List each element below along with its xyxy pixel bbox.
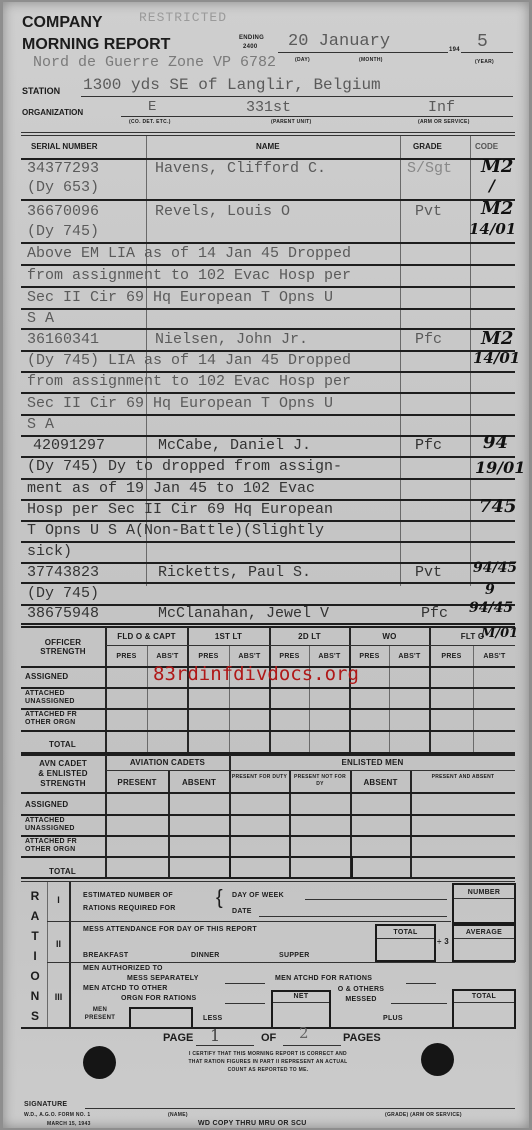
restricted-stamp: RESTRICTED	[139, 10, 227, 25]
col-present-for-duty: PRESENT FOR DUTY	[230, 774, 289, 781]
subcol-pres: PRES	[106, 653, 147, 660]
code-value: 19/01	[475, 458, 525, 477]
group-aviation-cadets: AVIATION CADETS	[106, 758, 229, 767]
mess-separately-field[interactable]	[225, 983, 265, 984]
organization-label: ORGANIZATION	[22, 108, 83, 117]
col-present-not-for-duty: PRESENT NOT FOR DY	[290, 774, 350, 788]
day-caption: (DAY)	[295, 57, 310, 63]
serial-value: 34377293	[27, 160, 99, 177]
date-field[interactable]	[259, 916, 447, 917]
col-absent: ABSENT	[169, 778, 229, 787]
section-ii-numeral: II	[48, 939, 69, 949]
remark-line: Hosp per Sec II Cir 69 Hq European	[27, 501, 333, 518]
net-label: NET	[273, 993, 329, 1000]
punch-hole-left	[83, 1046, 116, 1079]
row-attached-unassigned: ATTACHED UNASSIGNED	[25, 817, 101, 833]
subcol-abst: ABS'T	[390, 653, 429, 660]
row-total: TOTAL	[49, 740, 76, 749]
org-company-value[interactable]: E	[148, 99, 156, 115]
grade-value: Pfc	[415, 331, 442, 348]
code-value: 94	[483, 432, 508, 453]
org-arm-caption: (ARM OR SERVICE)	[418, 119, 470, 125]
men-atchd-other-label-1: MEN ATCHD TO OTHER	[83, 985, 168, 992]
col-header-code: CODE	[475, 142, 498, 151]
signature-line[interactable]	[85, 1108, 515, 1109]
subcol-abst: ABS'T	[148, 653, 187, 660]
serial-value: 38675948	[27, 605, 99, 622]
rations-total-label: TOTAL	[454, 993, 514, 1000]
report-date-value[interactable]: 20 January	[288, 32, 390, 51]
remark-line: S A	[27, 310, 54, 327]
row-total: TOTAL	[49, 867, 76, 876]
station-label: STATION	[22, 86, 60, 96]
divide-by-three: ÷ 3	[435, 937, 451, 946]
subcol-pres: PRES	[350, 653, 389, 660]
row-attached-other-orgn: ATTACHED FR OTHER ORGN	[25, 838, 101, 854]
grade-code-divider	[470, 136, 471, 586]
code-value: 14/01	[473, 349, 520, 367]
page-label: PAGE	[163, 1032, 193, 1044]
atchd-other-field[interactable]	[225, 1003, 265, 1004]
grade-value: Pvt	[415, 203, 442, 220]
org-parent-value[interactable]: 331st	[246, 99, 291, 116]
report-year-value[interactable]: 5	[477, 32, 488, 52]
year-prefix: 194	[449, 47, 460, 53]
code-value: 94/45	[469, 600, 513, 616]
row-assigned: ASSIGNED	[25, 800, 68, 809]
remark-line: sick)	[27, 543, 72, 560]
remark-line: (Dy 745) LIA as of 14 Jan 45 Dropped	[27, 352, 351, 369]
number-box-label: NUMBER	[454, 889, 514, 896]
remark-line: Sec II Cir 69 Hq European T Opns U	[27, 395, 333, 412]
col-header-grade: GRADE	[413, 142, 442, 151]
page-number[interactable]: 1	[210, 1026, 220, 1045]
ending-time-label: 2400	[243, 44, 258, 50]
men-atchd-other-label-2: ORGN FOR RATIONS	[121, 995, 196, 1002]
dinner-label: DINNER	[191, 952, 220, 959]
men-present-box[interactable]	[129, 1007, 193, 1029]
others-messed-field[interactable]	[391, 1003, 447, 1004]
total-pages[interactable]: 2	[299, 1024, 309, 1042]
form-title-line2: MORNING REPORT	[22, 36, 170, 54]
row-attached-other-orgn: ATTACHED FR OTHER ORGN	[25, 711, 101, 727]
remark-line: Sec II Cir 69 Hq European T Opns U	[27, 289, 333, 306]
grade-value: Pfc	[421, 605, 448, 622]
officers-others-label: O & OTHERS MESSED	[331, 985, 391, 1005]
ending-label: ENDING	[239, 35, 264, 41]
men-authorized-label-2: MESS SEPARATELY	[127, 975, 199, 982]
code-value: 94/45	[473, 560, 517, 576]
morning-report-card: COMPANY MORNING REPORT RESTRICTED ENDING…	[3, 2, 529, 1128]
grade-caption: (GRADE) (ARM OR SERVICE)	[385, 1112, 462, 1118]
serial-duty-value: (Dy 745)	[27, 223, 99, 240]
total-present-box[interactable]	[229, 856, 353, 879]
estimated-label-1: ESTIMATED NUMBER OF	[83, 892, 173, 899]
name-value: McCabe, Daniel J.	[158, 437, 311, 454]
day-of-week-field[interactable]	[305, 899, 447, 900]
remark-line: (Dy 745) Dy to dropped from assign-	[27, 458, 342, 475]
serial-value: 42091297	[33, 437, 105, 454]
serial-duty-value: (Dy 653)	[27, 179, 99, 196]
officer-strength-title: OFFICER STRENGTH	[25, 638, 101, 656]
name-caption: (NAME)	[168, 1112, 188, 1118]
less-label: LESS	[203, 1015, 222, 1022]
average-label: AVERAGE	[454, 929, 514, 936]
row-attached-unassigned: ATTACHED UNASSIGNED	[25, 690, 101, 706]
officer-group-2d-lt: 2D LT	[270, 632, 349, 641]
date-label: DATE	[232, 908, 252, 915]
subcol-pres: PRES	[270, 653, 309, 660]
row-assigned: ASSIGNED	[25, 672, 68, 681]
men-atchd-for-rations-label: MEN ATCHD FOR RATIONS	[275, 975, 372, 982]
col-header-serial: SERIAL NUMBER	[31, 142, 98, 151]
name-grade-divider	[400, 136, 401, 586]
col-absent-em: ABSENT	[351, 778, 410, 787]
remark-line: Above EM LIA as of 14 Jan 45 Dropped	[27, 245, 351, 262]
remark-line: S A	[27, 416, 54, 433]
copy-note: WD COPY THRU MRU OR SCU	[198, 1120, 307, 1127]
serial-value: 37743823	[27, 564, 99, 581]
remark-line: from assignment to 102 Evac Hosp per	[27, 373, 351, 390]
mess-total-label: TOTAL	[377, 929, 434, 936]
form-id: W.D., A.G.O. FORM NO. 1	[24, 1112, 90, 1118]
subcol-pres: PRES	[430, 653, 473, 660]
code-value: M2	[481, 156, 513, 177]
code-value: 745	[479, 496, 517, 517]
code-value: /	[489, 176, 495, 195]
grade-value: Pvt	[415, 564, 442, 581]
group-enlisted-men: ENLISTED MEN	[230, 758, 515, 767]
remark-line: ment as of 19 Jan 45 to 102 Evac	[27, 480, 315, 497]
breakfast-label: BREAKFAST	[83, 952, 128, 959]
section-iii-numeral: III	[48, 992, 69, 1002]
mess-attendance-label: MESS ATTENDANCE FOR DAY OF THIS REPORT	[83, 926, 257, 933]
men-authorized-label-1: MEN AUTHORIZED TO	[83, 965, 163, 972]
col-present-and-absent: PRESENT AND ABSENT	[411, 774, 515, 781]
enlisted-strength-title: AVN CADET & ENLISTED STRENGTH	[25, 759, 101, 789]
code-value: 14/01	[469, 220, 516, 238]
org-parent-caption: (PARENT UNIT)	[271, 119, 311, 125]
officer-group-1st-lt: 1ST LT	[188, 632, 269, 641]
grade-value: S/Sgt	[407, 160, 452, 177]
brace: {	[216, 887, 223, 910]
section-i-numeral: I	[48, 895, 69, 905]
certification-text: I CERTIFY THAT THIS MORNING REPORT IS CO…	[133, 1050, 403, 1074]
plus-label: PLUS	[383, 1015, 403, 1022]
rations-side-label: R A T I O N S	[23, 886, 47, 1026]
name-value: Havens, Clifford C.	[155, 160, 326, 177]
punch-hole-right	[421, 1043, 454, 1076]
name-value: Revels, Louis O	[155, 203, 290, 220]
name-value: McClanahan, Jewel V	[158, 605, 329, 622]
name-value: Nielsen, John Jr.	[155, 331, 308, 348]
form-date: MARCH 15, 1943	[47, 1121, 91, 1127]
pages-label: PAGES	[343, 1032, 381, 1044]
col-header-name: NAME	[256, 142, 280, 151]
name-value: Ricketts, Paul S.	[158, 564, 311, 581]
margin-note: M/01	[481, 626, 518, 641]
location-line: Nord de Guerre Zone VP 6782	[33, 54, 276, 71]
estimated-label-2: RATIONS REQUIRED FOR	[83, 905, 176, 912]
code-value: 9	[485, 582, 495, 598]
year-caption: (YEAR)	[475, 59, 494, 65]
remark-line: from assignment to 102 Evac Hosp per	[27, 267, 351, 284]
serial-value: 36670096	[27, 203, 99, 220]
station-value[interactable]: 1300 yds SE of Langlir, Belgium	[83, 76, 381, 94]
serial-duty-value: (Dy 745)	[27, 585, 99, 602]
month-caption: (MONTH)	[359, 57, 383, 63]
signature-label: SIGNATURE	[24, 1101, 67, 1108]
of-label: OF	[261, 1032, 276, 1044]
subcol-abst: ABS'T	[474, 653, 515, 660]
subcol-abst: ABS'T	[310, 653, 349, 660]
subcol-abst: ABS'T	[230, 653, 269, 660]
day-of-week-label: DAY OF WEEK	[232, 892, 284, 899]
form-title-line1: COMPANY	[22, 14, 103, 32]
watermark: 83rdinfdivdocs.org	[153, 663, 359, 685]
men-present-label: MEN PRESENT	[75, 1006, 125, 1022]
code-value: M2	[481, 328, 513, 349]
grade-value: Pfc	[415, 437, 442, 454]
atchd-for-rations-field[interactable]	[406, 983, 436, 984]
serial-value: 36160341	[27, 331, 99, 348]
code-value: M2	[481, 198, 513, 219]
remark-line: T Opns U S A(Non-Battle)(Slightly	[27, 522, 324, 539]
col-present: PRESENT	[106, 778, 168, 787]
org-company-caption: (CO. DET. ETC.)	[129, 119, 171, 125]
officer-group-fld-o-capt: FLD O & CAPT	[106, 632, 187, 641]
supper-label: SUPPER	[279, 952, 310, 959]
officer-group-wo: WO	[350, 632, 429, 641]
subcol-pres: PRES	[188, 653, 229, 660]
org-arm-value[interactable]: Inf	[428, 99, 455, 116]
